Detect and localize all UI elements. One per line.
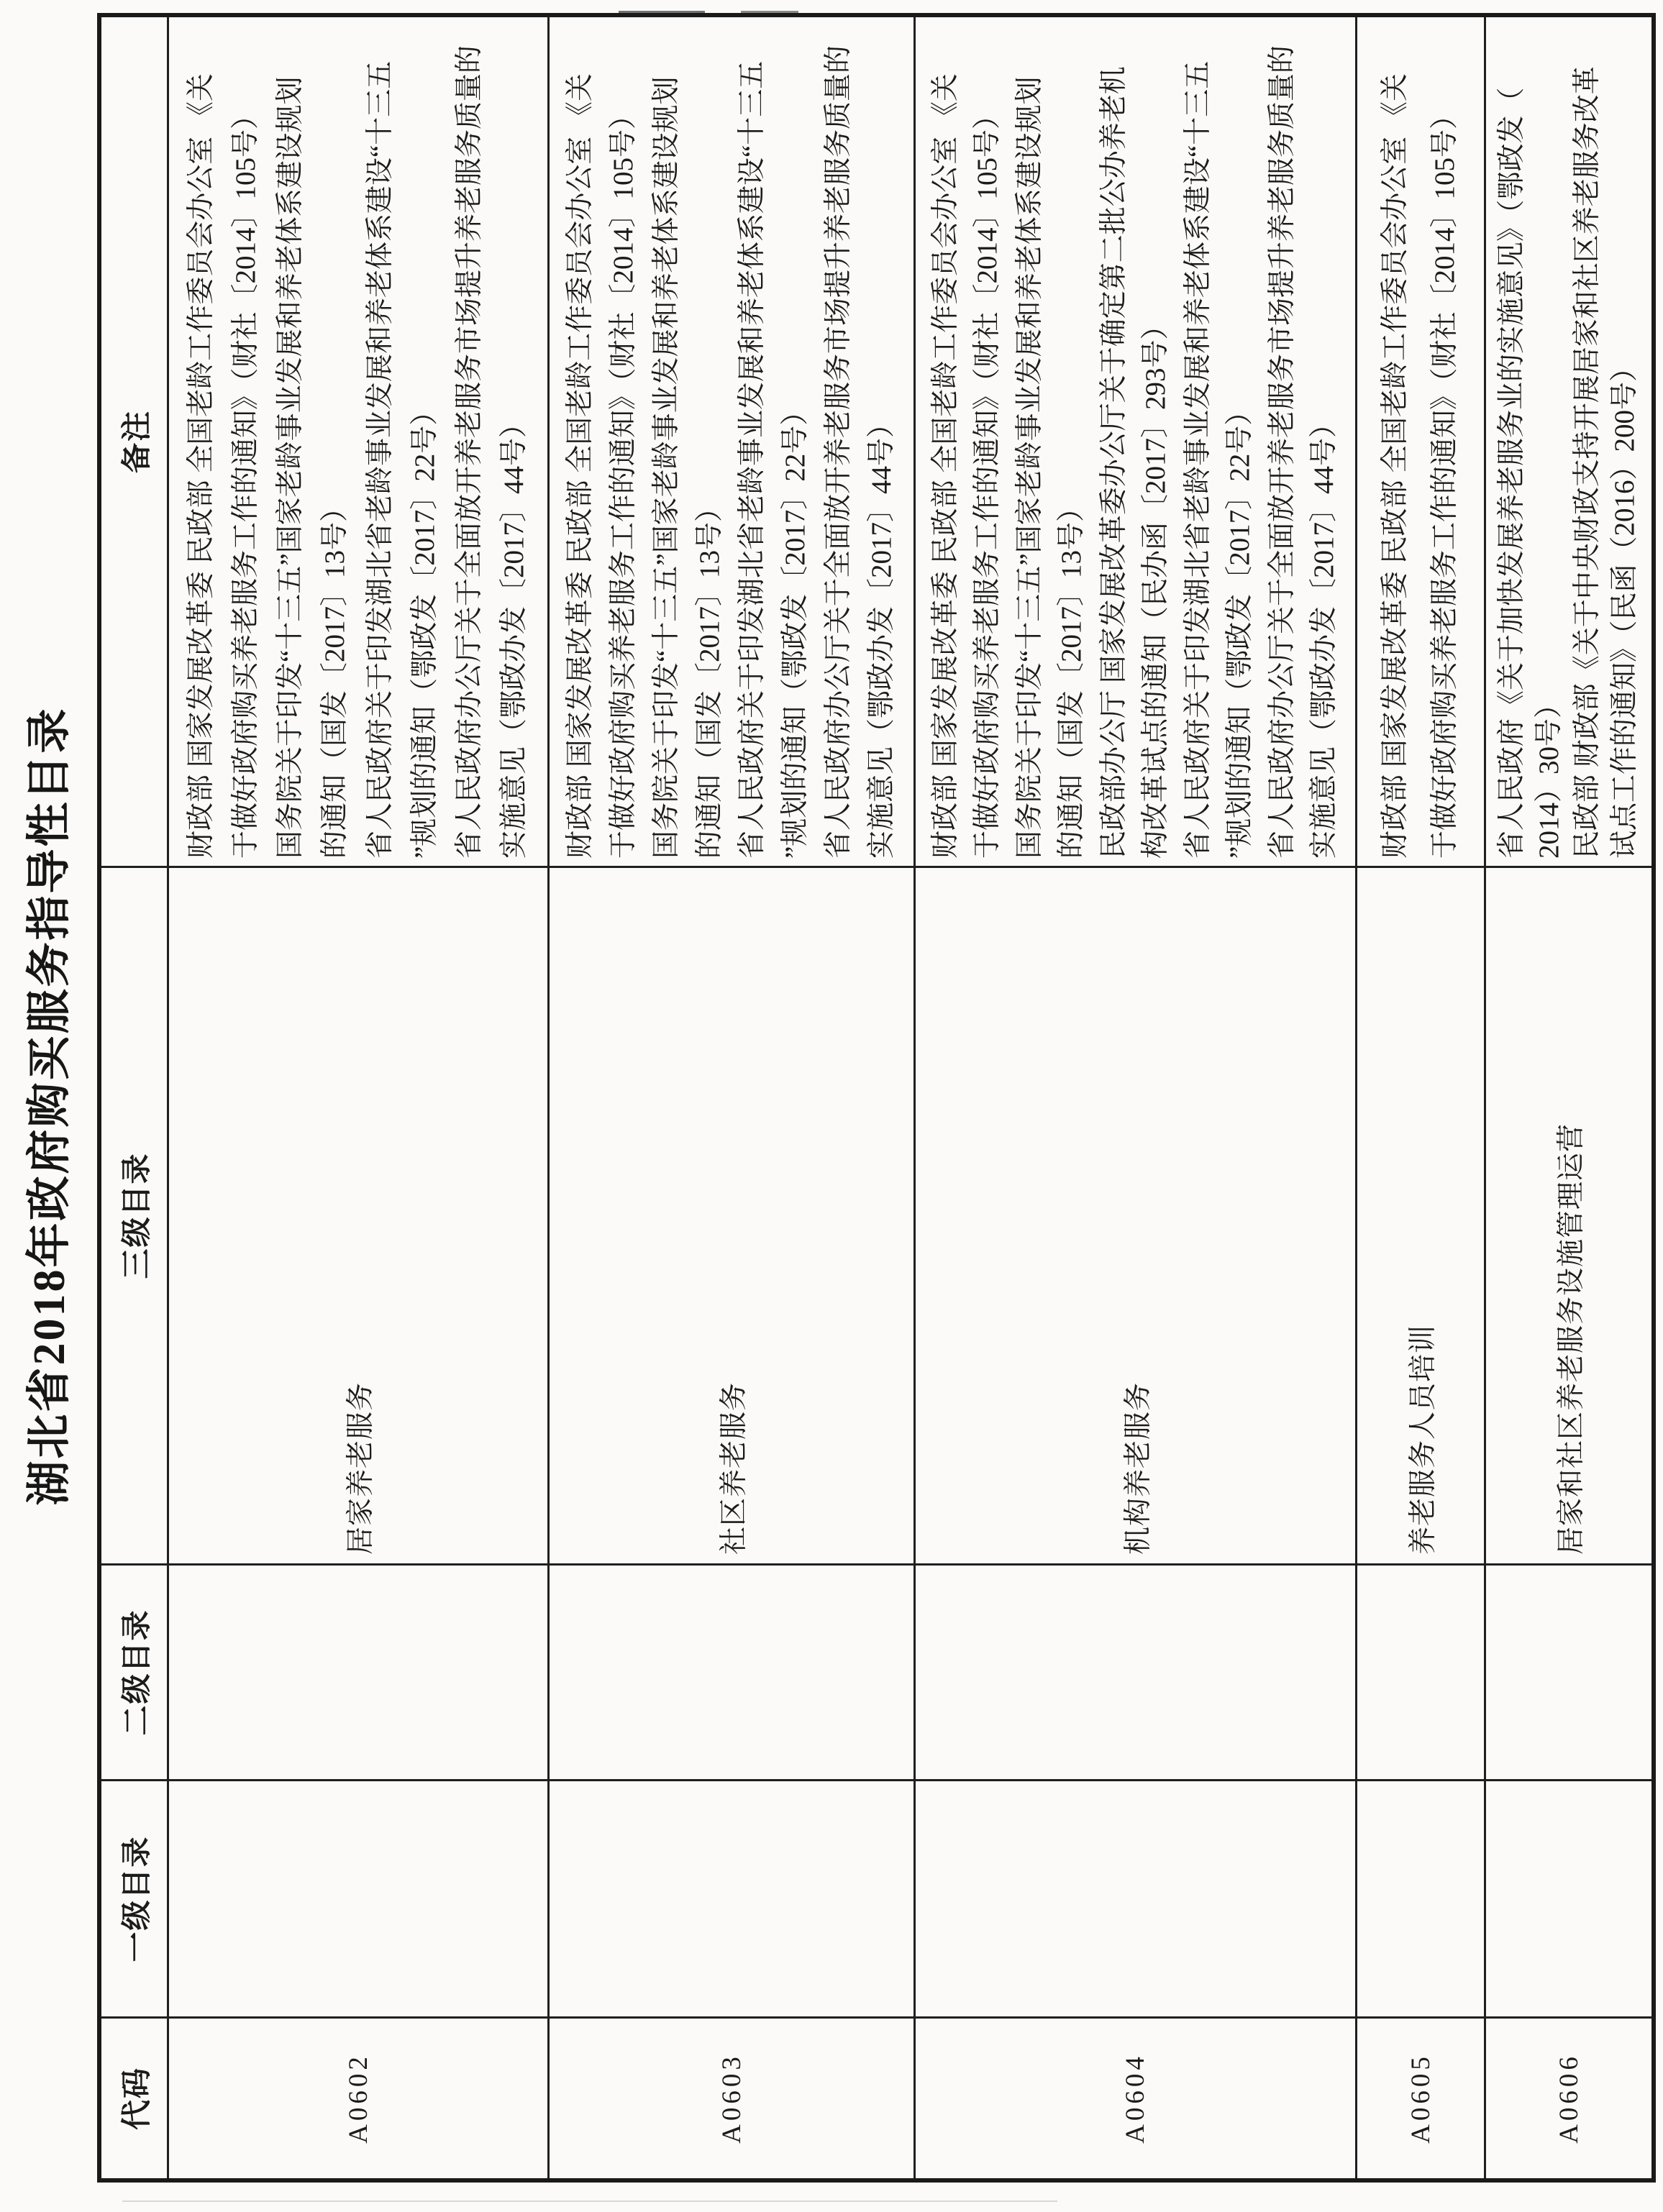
remarks-line: 的通知（国发〔2017〕13号） — [1057, 494, 1087, 859]
remarks-line: 构改革试点的通知（民办函〔2017〕293号） — [1142, 311, 1171, 859]
level2-cell — [1357, 1563, 1486, 1779]
level3-cell: 机构养老服务 — [916, 866, 1357, 1563]
remarks-line: 省人民政府关于印发湖北省老龄事业发展和养老体系建设“十三五 — [738, 61, 767, 859]
level3-cell: 居家和社区养老服务设施管理运营 — [1486, 866, 1651, 1563]
remarks-line: 省人民政府关于印发湖北省老龄事业发展和养老体系建设“十三五 — [366, 61, 396, 859]
column-header-level1: 一级目录 — [101, 1779, 169, 2016]
remarks-cell: 财政部 国家发展改革委 民政部 全国老龄工作委员会办公室 《关于做好政府购买养老… — [916, 17, 1357, 866]
column-header-level2: 二级目录 — [101, 1563, 169, 1779]
column-header-remarks: 备注 — [101, 17, 169, 866]
level1-cell — [1357, 1779, 1486, 2016]
code-cell: A0603 — [550, 2016, 916, 2178]
remarks-line: 财政部 国家发展改革委 民政部 全国老龄工作委员会办公室 《关 — [187, 73, 217, 859]
remarks-line: 于做好政府购买养老服务工作的通知》（财社〔2014〕105号） — [232, 101, 261, 859]
remarks-line: ”规划的通知（鄂政发〔2017〕22号） — [1226, 398, 1255, 859]
level1-cell — [550, 1779, 916, 2016]
remarks-cell: 财政部 国家发展改革委 民政部 全国老龄工作委员会办公室 《关于做好政府购买养老… — [169, 17, 550, 866]
catalog-table: 代码 一级目录 二级目录 三级目录 备注 A0602居家养老服务财政部 国家发展… — [97, 13, 1656, 2183]
level2-cell — [1486, 1563, 1651, 1779]
scan-edge-artifact — [122, 2200, 1057, 2202]
remarks-line: 省人民政府关于印发湖北省老龄事业发展和养老体系建设“十三五 — [1184, 61, 1213, 859]
level3-cell: 养老服务人员培训 — [1357, 866, 1486, 1563]
remarks-line: 试点工作的通知》（民函（2016）200号） — [1610, 354, 1640, 859]
remarks-cell: 财政部 国家发展改革委 民政部 全国老龄工作委员会办公室 《关于做好政府购买养老… — [1357, 17, 1486, 866]
level1-cell — [169, 1779, 550, 2016]
remarks-line: 实施意见（鄂政办发〔2017〕44号） — [867, 410, 897, 859]
remarks-line: 实施意见（鄂政办发〔2017〕44号） — [1310, 410, 1339, 859]
remarks-line: 国务院关于印发“十三五”国家老龄事业发展和养老体系建设规划 — [276, 76, 306, 859]
code-cell: A0604 — [916, 2016, 1357, 2178]
remarks-line: ”规划的通知（鄂政发〔2017〕22号） — [781, 398, 811, 859]
remarks-line: 财政部 国家发展改革委 民政部 全国老龄工作委员会办公室 《关 — [931, 73, 961, 859]
code-cell: A0605 — [1357, 2016, 1486, 2178]
level1-cell — [1486, 1779, 1651, 2016]
remarks-line: 省人民政府办公厅关于全面放开养老服务市场提升养老服务质量的 — [455, 45, 485, 859]
scan-speck — [741, 11, 798, 13]
scanned-page: 湖北省2018年政府购买服务指导性目录 代码 一级目录 二级目录 三级目录 备注… — [0, 0, 1663, 2212]
level2-cell — [550, 1563, 916, 1779]
remarks-line: 财政部 国家发展改革委 民政部 全国老龄工作委员会办公室 《关 — [1381, 73, 1411, 859]
remarks-line: 于做好政府购买养老服务工作的通知》（财社〔2014〕105号） — [609, 101, 639, 859]
landscape-sheet: 湖北省2018年政府购买服务指导性目录 代码 一级目录 二级目录 三级目录 备注… — [0, 0, 1663, 2212]
remarks-cell: 省人民政府《关于加快发展养老服务业的实施意见》（鄂政发（2014）30号）民政部… — [1486, 17, 1651, 866]
remarks-line: 财政部 国家发展改革委 民政部 全国老龄工作委员会办公室 《关 — [566, 73, 596, 859]
column-header-level3: 三级目录 — [101, 866, 169, 1563]
remarks-line: 民政部办公厅 国家发展改革委办公厅关于确定第二批公办养老机 — [1100, 66, 1129, 859]
remarks-line: 省人民政府《关于加快发展养老服务业的实施意见》（鄂政发（ — [1498, 87, 1527, 859]
level3-cell: 居家养老服务 — [169, 866, 550, 1563]
level2-cell — [916, 1563, 1357, 1779]
code-cell: A0606 — [1486, 2016, 1651, 2178]
remarks-line: 实施意见（鄂政办发〔2017〕44号） — [500, 410, 529, 859]
level1-cell — [916, 1779, 1357, 2016]
remarks-line: ”规划的通知（鄂政发〔2017〕22号） — [411, 398, 440, 859]
level2-cell — [169, 1563, 550, 1779]
remarks-line: 省人民政府办公厅关于全面放开养老服务市场提升养老服务质量的 — [824, 45, 854, 859]
level3-cell: 社区养老服务 — [550, 866, 916, 1563]
remarks-line: 的通知（国发〔2017〕13号） — [696, 494, 725, 859]
remarks-line: 的通知（国发〔2017〕13号） — [321, 494, 350, 859]
scan-speck — [619, 11, 705, 13]
remarks-line: 省人民政府办公厅关于全面放开养老服务市场提升养老服务质量的 — [1268, 45, 1298, 859]
remarks-line: 民政部 财政部《关于中央财政支持开展居家和社区养老服务改革 — [1573, 66, 1603, 859]
column-header-code: 代码 — [101, 2016, 169, 2178]
remarks-line: 于做好政府购买养老服务工作的通知》（财社〔2014〕105号） — [1431, 101, 1460, 859]
remarks-line: 国务院关于印发“十三五”国家老龄事业发展和养老体系建设规划 — [652, 76, 682, 859]
remarks-cell: 财政部 国家发展改革委 民政部 全国老龄工作委员会办公室 《关于做好政府购买养老… — [550, 17, 916, 866]
document-title: 湖北省2018年政府购买服务指导性目录 — [13, 0, 77, 2212]
remarks-line: 于做好政府购买养老服务工作的通知》（财社〔2014〕105号） — [973, 101, 1003, 859]
remarks-line: 2014）30号） — [1535, 690, 1564, 859]
remarks-line: 国务院关于印发“十三五”国家老龄事业发展和养老体系建设规划 — [1016, 76, 1045, 859]
code-cell: A0602 — [169, 2016, 550, 2178]
